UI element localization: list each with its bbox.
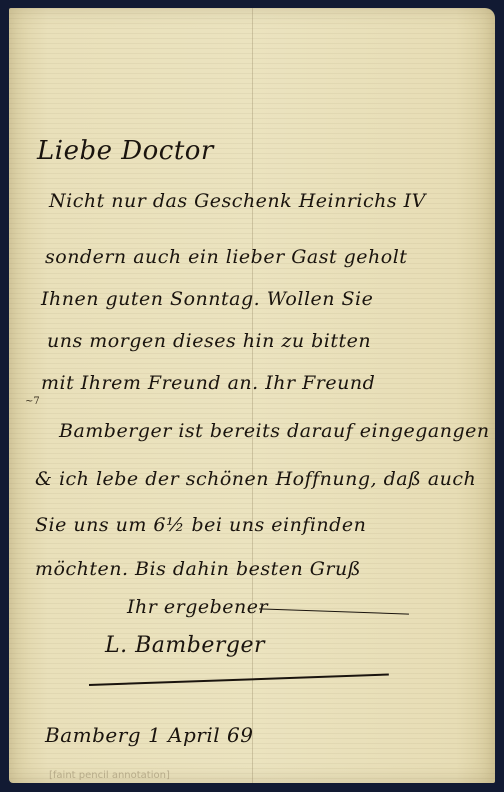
paper-fold-crease (252, 8, 253, 783)
closing-flourish (259, 608, 409, 614)
body-line-8: Sie uns um 6½ bei uns einfinden (35, 514, 366, 536)
body-line-5: mit Ihrem Freund an. Ihr Freund (41, 372, 375, 394)
signature-underline (89, 674, 389, 686)
body-line-6: Bamberger ist bereits darauf eingegangen (59, 420, 490, 442)
closing: Ihr ergebener (127, 596, 268, 618)
body-line-1: Nicht nur das Geschenk Heinrichs IV (49, 190, 426, 212)
margin-mark: ~7 (25, 396, 40, 407)
body-line-3: Ihnen guten Sonntag. Wollen Sie (41, 288, 373, 310)
letter-paper: ~7 Liebe Doctor Nicht nur das Geschenk H… (9, 8, 495, 783)
dateline: Bamberg 1 April 69 (45, 723, 253, 747)
body-line-4: uns morgen dieses hin zu bitten (47, 330, 371, 352)
salutation: Liebe Doctor (37, 136, 214, 166)
signature: L. Bamberger (105, 633, 265, 658)
body-line-9: möchten. Bis dahin besten Gruß (35, 558, 361, 580)
body-line-2: sondern auch ein lieber Gast geholt (45, 246, 407, 268)
body-line-7: & ich lebe der schönen Hoffnung, daß auc… (35, 468, 476, 490)
pencil-note: [faint pencil annotation] (49, 770, 170, 781)
